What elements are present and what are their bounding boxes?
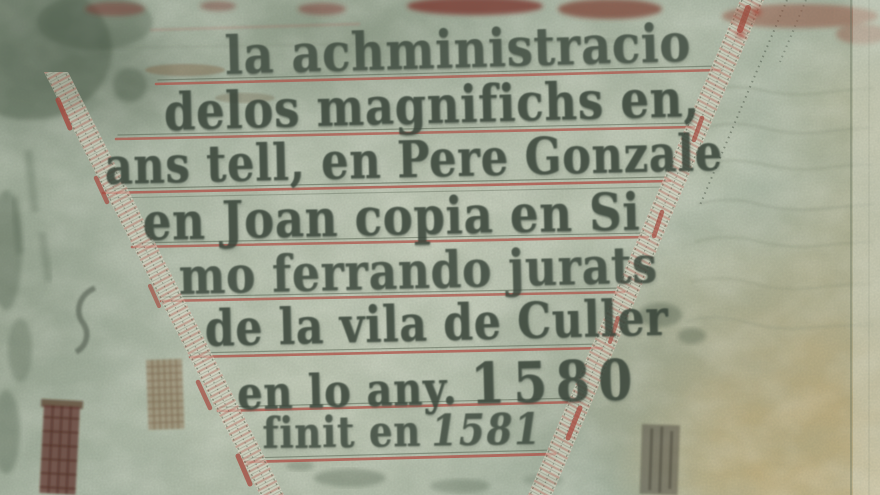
- manuscript-line-8: finit en1581: [262, 403, 542, 458]
- line-year: [703, 13, 705, 75]
- line-year: [734, 123, 735, 182]
- manuscript-text: la achministracio delos magnifichs en, a…: [0, 0, 880, 495]
- manuscript-photo: la achministracio delos magnifichs en, a…: [0, 0, 880, 495]
- line-year: [652, 181, 653, 241]
- line-year: [711, 68, 713, 128]
- line-text: finit en: [262, 405, 421, 458]
- line-year-1581: 1581: [431, 403, 542, 455]
- line-year: [679, 289, 680, 346]
- line-year: [669, 235, 670, 294]
